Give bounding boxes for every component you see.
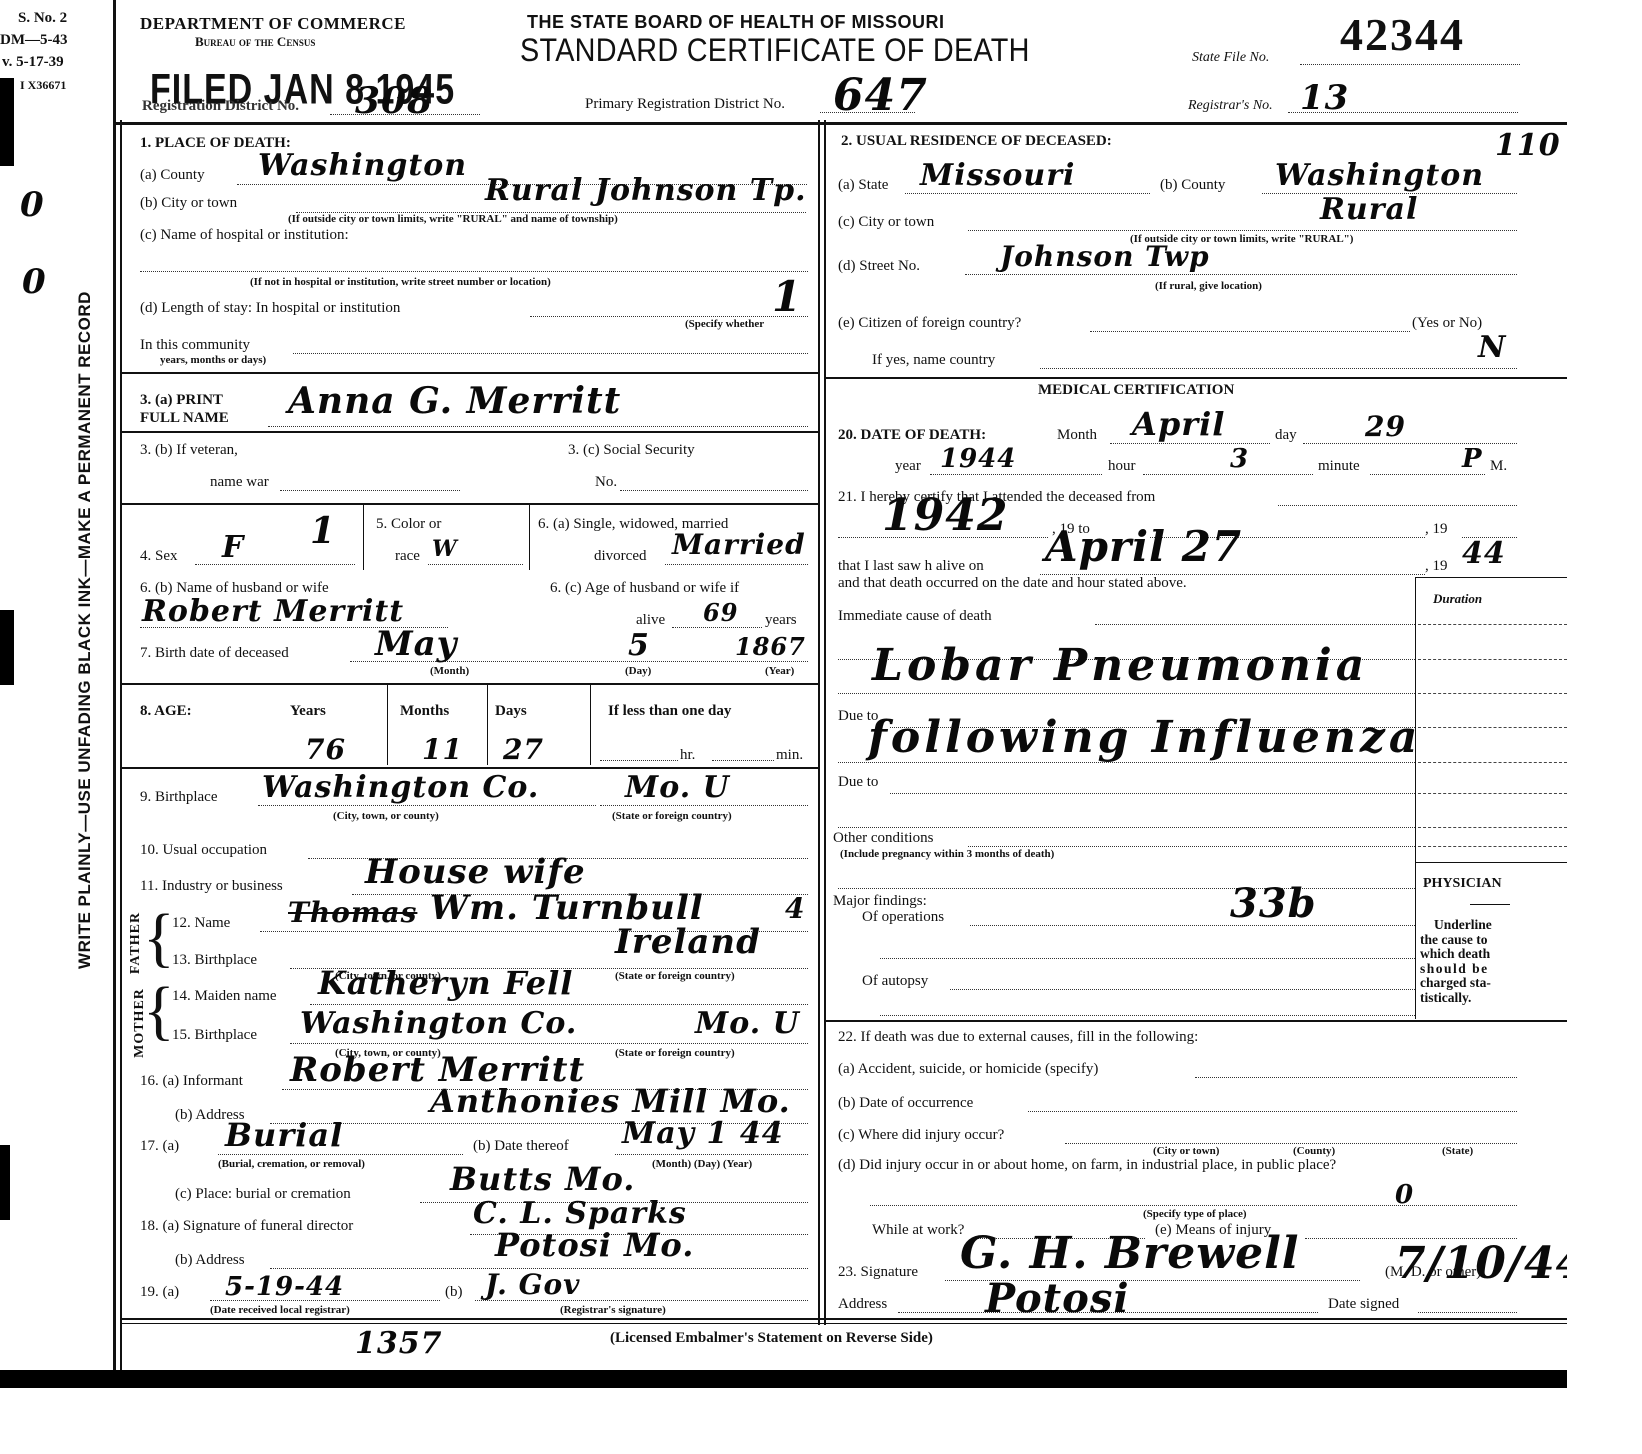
industry-value[interactable]: House wife <box>365 852 586 892</box>
street-label: (d) Street No. <box>838 258 920 275</box>
death-ampm-value[interactable]: P <box>1462 444 1483 474</box>
sig-address-value: Potosi <box>985 1275 1130 1322</box>
hr-label: hr. <box>680 747 695 764</box>
citizen-label: (e) Citizen of foreign country? <box>838 315 1021 332</box>
form-border-left <box>113 0 116 1370</box>
due-to-2-line <box>890 793 1415 794</box>
duration-label: Duration <box>1433 591 1482 607</box>
age-col-divider <box>590 685 591 765</box>
stay-label: (d) Length of stay: In hospital or insti… <box>140 300 400 317</box>
received-hint: (Date received local registrar) <box>210 1304 350 1316</box>
age-months-header: Months <box>400 703 449 720</box>
birthplace-state-line <box>600 805 808 806</box>
duration-line <box>1418 762 1567 763</box>
section-heading: 2. USUAL RESIDENCE OF DECEASED: <box>841 133 1112 150</box>
birth-month-value[interactable]: May <box>375 624 457 664</box>
father-birthplace-label: 13. Birthplace <box>172 952 257 969</box>
stay-value[interactable]: 1 <box>772 272 802 321</box>
sex-value[interactable]: F <box>222 530 244 565</box>
spouse-age-label: 6. (c) Age of husband or wife if <box>550 580 739 597</box>
edge-mark-mid <box>0 610 14 685</box>
race-label-2: race <box>395 548 420 565</box>
other-conditions-hint: (Include pregnancy within 3 months of de… <box>840 848 1054 860</box>
form-code-1: S. No. 2 <box>18 10 67 27</box>
section-rule <box>120 683 818 685</box>
ss-no-label: No. <box>595 474 617 491</box>
physician-signature: G. H. Brewell <box>960 1228 1300 1279</box>
duration-line <box>1418 793 1567 794</box>
last-seen-year-prefix: , 19 <box>1425 558 1448 575</box>
mother-name-value[interactable]: Katheryn Fell <box>318 964 573 1002</box>
footer-number: 1357 <box>355 1326 443 1361</box>
accident-line <box>1195 1077 1517 1078</box>
primary-district-label: Primary Registration District No. <box>585 96 785 113</box>
form-code-2: DM—5-43 <box>0 32 68 49</box>
father-birthplace-value[interactable]: Ireland <box>615 922 761 962</box>
ss-no-line <box>620 490 808 491</box>
state-file-number: 42344 <box>1340 8 1465 61</box>
spouse-age-unit: years <box>765 612 797 629</box>
registrar-sig-label: (b) <box>445 1284 463 1301</box>
bureau-label: Bureau of the Census <box>195 34 315 50</box>
cause-line <box>838 693 1415 694</box>
country-label: If yes, name country <box>872 352 995 369</box>
duration-line <box>1418 846 1567 847</box>
last-seen-label: that I last saw h alive on <box>838 558 984 575</box>
disposition-value[interactable]: Burial <box>225 1116 343 1154</box>
marital-value[interactable]: Married <box>672 528 806 561</box>
hr-line <box>600 760 678 761</box>
occurrence-date-line <box>1028 1111 1517 1112</box>
occupation-label: 10. Usual occupation <box>140 842 267 859</box>
edge-mark-low <box>0 1145 10 1220</box>
cause-line <box>838 762 1415 763</box>
immediate-cause-value[interactable]: Lobar Pneumonia <box>872 640 1368 691</box>
age-days-value[interactable]: 27 <box>503 733 544 766</box>
margin-annotation: 0 <box>20 185 45 225</box>
city-hint: (City, town, or county) <box>333 810 439 822</box>
cause-line <box>838 827 1415 828</box>
scan-bottom-edge <box>0 1370 1567 1388</box>
birth-date-label: 7. Birth date of deceased <box>140 645 289 662</box>
section-rule <box>824 1020 1567 1022</box>
edge-mark-top <box>0 78 14 166</box>
burial-date-value[interactable]: May 1 44 <box>622 1116 784 1151</box>
spouse-age-line <box>672 627 762 628</box>
attended-line <box>1278 505 1517 506</box>
section-rule <box>120 767 818 769</box>
autopsy-line-2 <box>880 1015 1415 1016</box>
mother-name-line <box>310 1004 808 1005</box>
form-code-4: I X36671 <box>20 78 66 93</box>
hour-label: hour <box>1108 458 1136 475</box>
mother-brace: { <box>143 978 175 1044</box>
disposition-hint: (Burial, cremation, or removal) <box>218 1158 365 1170</box>
country-line <box>1040 368 1517 369</box>
sex-line <box>195 564 355 565</box>
home-line <box>870 1205 1517 1206</box>
father-name-label: 12. Name <box>172 915 230 932</box>
age-months-value[interactable]: 11 <box>422 733 463 766</box>
external-heading: 22. If death was due to external causes,… <box>838 1029 1198 1046</box>
physician-heading: PHYSICIAN <box>1423 876 1502 892</box>
race-value[interactable]: W <box>432 536 458 562</box>
burial-date-label: (b) Date thereof <box>473 1138 569 1155</box>
header-rule <box>113 122 1567 125</box>
marital-label-2: divorced <box>594 548 646 565</box>
age-col-divider <box>387 685 388 765</box>
veteran-label: 3. (b) If veteran, <box>140 442 238 459</box>
day-line <box>1303 443 1517 444</box>
registration-district-label: Registration District No. <box>142 98 299 115</box>
citizen-value[interactable]: N <box>1478 330 1506 365</box>
year-label: year <box>895 458 921 475</box>
attended-from-value[interactable]: 1942 <box>882 490 1008 541</box>
vertical-instruction: WRITE PLAINLY—USE UNFADING BLACK INK—MAK… <box>75 150 95 1110</box>
sig-address-label: Address <box>838 1296 887 1313</box>
birthplace-city-line <box>258 805 596 806</box>
age-days-header: Days <box>495 703 527 720</box>
state-hint: (State or foreign country) <box>615 970 735 982</box>
occurred-label: and that death occurred on the date and … <box>838 575 1187 592</box>
received-value[interactable]: 5-19-44 <box>225 1272 344 1302</box>
mother-birthplace-state[interactable]: Mo. U <box>695 1006 800 1041</box>
spouse-value[interactable]: Robert Merritt <box>142 594 404 629</box>
city-value[interactable]: Rural Johnson Tp. <box>485 173 807 208</box>
age-less-header: If less than one day <box>608 703 731 720</box>
left-margin: S. No. 2 DM—5-43 v. 5-17-39 I X36671 0 0… <box>0 0 115 1388</box>
signature-label: 23. Signature <box>838 1264 918 1281</box>
hospital-line <box>140 271 808 272</box>
county-value[interactable]: Washington <box>258 148 467 183</box>
street-value[interactable]: Johnson Twp <box>1000 240 1210 273</box>
birth-year-value[interactable]: 1867 <box>735 632 806 661</box>
where-hint-state: (State) <box>1442 1145 1473 1157</box>
where-hint-city: (City or town) <box>1153 1145 1219 1157</box>
burial-place-label: (c) Place: burial or cremation <box>175 1186 351 1203</box>
sex-code: 1 <box>310 510 336 552</box>
mother-birthplace-city[interactable]: Washington Co. <box>300 1006 577 1041</box>
nineteen-label: , 19 <box>1425 521 1448 538</box>
director-label: 18. (a) Signature of funeral director <box>140 1218 353 1235</box>
state-file-label: State File No. <box>1192 50 1269 66</box>
hospital-label: (c) Name of hospital or institution: <box>140 227 349 244</box>
state-file-line <box>1300 64 1520 65</box>
burial-place-value[interactable]: Butts Mo. <box>450 1160 635 1198</box>
month-hint: (Month) <box>430 665 469 677</box>
full-name-value[interactable]: Anna G. Merritt <box>288 380 621 422</box>
m-suffix: M. <box>1490 458 1507 475</box>
death-hour-value[interactable]: 3 <box>1230 444 1249 474</box>
name-label-line1: 3. (a) PRINT <box>140 392 223 409</box>
duration-box-top <box>1415 577 1567 578</box>
operations-line <box>970 925 1415 926</box>
ss-label: 3. (c) Social Security <box>568 442 695 459</box>
res-city-value[interactable]: Rural <box>1320 192 1418 227</box>
burial-date-hint: (Month) (Day) (Year) <box>652 1158 752 1170</box>
war-label: name war <box>210 474 269 491</box>
where-hint-county: (County) <box>1293 1145 1335 1157</box>
mother-birthplace-label: 15. Birthplace <box>172 1027 257 1044</box>
state-label: (a) State <box>838 177 888 194</box>
birthplace-city-value[interactable]: Washington Co. <box>262 770 539 805</box>
date-signed-label: Date signed <box>1328 1296 1399 1313</box>
street-hint: (If rural, give location) <box>1155 280 1262 292</box>
due-to-2-label: Due to <box>838 774 878 791</box>
war-line <box>280 490 460 491</box>
autopsy-label: Of autopsy <box>862 973 928 990</box>
cause-line <box>1095 624 1415 625</box>
field-divider <box>363 505 364 570</box>
age-col-divider <box>487 685 488 765</box>
registrar-sig-hint: (Registrar's signature) <box>560 1304 666 1316</box>
last-seen-year-value[interactable]: 44 <box>1462 536 1506 571</box>
hospital-hint: (If not in hospital or institution, writ… <box>250 276 551 288</box>
stay-line <box>530 316 808 317</box>
city-hint: (If outside city or town limits, write "… <box>288 213 618 225</box>
operations-label: Of operations <box>862 909 944 926</box>
minute-label: minute <box>1318 458 1360 475</box>
physician-box-top <box>1415 862 1567 863</box>
year-line <box>930 474 1102 475</box>
bottom-rule-inner <box>120 1323 1567 1324</box>
primary-district-number: 647 <box>833 70 928 121</box>
director-address-label: (b) Address <box>175 1252 245 1269</box>
year-hint: (Year) <box>765 665 794 677</box>
month-label: Month <box>1057 427 1097 444</box>
registrar-signature: J. Gov <box>485 1268 580 1301</box>
section-rule <box>120 503 818 505</box>
spouse-age-value[interactable]: 69 <box>703 598 738 627</box>
work-label: While at work? <box>872 1222 964 1239</box>
form-border-left-inner <box>120 120 122 1370</box>
occurrence-date-label: (b) Date of occurrence <box>838 1095 973 1112</box>
disposition-line <box>218 1154 463 1155</box>
birthplace-state-value[interactable]: Mo. U <box>625 770 730 805</box>
date-signed-value: 7/10/44 <box>1395 1238 1567 1289</box>
registrar-number: 13 <box>1300 78 1349 118</box>
physician-note: Underline the cause to which death shoul… <box>1420 918 1492 1005</box>
form-code-3: v. 5-17-39 <box>2 54 64 71</box>
footer-note: (Licensed Embalmer's Statement on Revers… <box>610 1330 933 1347</box>
res-county-value[interactable]: Washington <box>1275 158 1484 193</box>
informant-label: 16. (a) Informant <box>140 1073 243 1090</box>
registrar-label: Registrar's No. <box>1188 98 1273 114</box>
marital-line <box>665 564 808 565</box>
cause-code: 33b <box>1230 880 1317 927</box>
department-label: DEPARTMENT OF COMMERCE <box>140 14 406 34</box>
margin-annotation: 0 <box>22 262 47 302</box>
medical-heading: MEDICAL CERTIFICATION <box>1038 382 1234 399</box>
page-title: STANDARD CERTIFICATE OF DEATH <box>520 32 1030 69</box>
due-to-value[interactable]: following Influenza <box>868 712 1421 763</box>
death-year-value[interactable]: 1944 <box>940 444 1016 474</box>
father-side-label: FATHER <box>128 912 144 974</box>
min-label: min. <box>776 747 803 764</box>
date-of-death-label: 20. DATE OF DEATH: <box>838 427 986 444</box>
spouse-age-alive: alive <box>636 612 665 629</box>
birthplace-label: 9. Birthplace <box>140 789 217 806</box>
date-signed-line <box>1418 1312 1517 1313</box>
bottom-rule <box>120 1318 1567 1320</box>
disposition-label: 17. (a) <box>140 1138 179 1155</box>
death-month-value[interactable]: April <box>1132 405 1225 443</box>
home-hint: (Specify type of place) <box>1143 1208 1247 1220</box>
other-conditions-line <box>968 846 1415 847</box>
informant-address-value[interactable]: Anthonies Mill Mo. <box>430 1082 791 1120</box>
accident-label: (a) Accident, suicide, or homicide (spec… <box>838 1061 1098 1078</box>
day-hint: (Day) <box>625 665 651 677</box>
race-line <box>428 564 523 565</box>
race-label-1: 5. Color or <box>376 516 441 533</box>
industry-label: 11. Industry or business <box>140 878 283 895</box>
day-label: day <box>1275 427 1297 444</box>
section-rule <box>120 372 818 374</box>
duration-line <box>1418 827 1567 828</box>
injury-where-line <box>1065 1143 1517 1144</box>
injury-where-label: (c) Where did injury occur? <box>838 1127 1004 1144</box>
received-label: 19. (a) <box>140 1284 179 1301</box>
community-hint: years, months or days) <box>160 354 266 366</box>
home-value[interactable]: 0 <box>1395 1180 1414 1210</box>
state-hint: (State or foreign country) <box>612 810 732 822</box>
duration-box-left <box>1415 577 1416 1019</box>
section-rule <box>824 377 1567 379</box>
city-label: (b) City or town <box>140 195 237 212</box>
res-county-label: (b) County <box>1160 177 1225 194</box>
minute-line <box>1370 474 1485 475</box>
min-line <box>712 760 774 761</box>
immediate-cause-label: Immediate cause of death <box>838 608 992 625</box>
home-label: (d) Did injury occur in or about home, o… <box>838 1157 1336 1174</box>
column-divider <box>818 120 820 1325</box>
community-line <box>293 353 808 354</box>
birth-day-value[interactable]: 5 <box>628 628 650 663</box>
sex-label: 4. Sex <box>140 548 178 565</box>
board-label: THE STATE BOARD OF HEALTH OF MISSOURI <box>527 12 945 33</box>
state-value[interactable]: Missouri <box>920 158 1075 193</box>
name-label-line2: FULL NAME <box>140 410 229 427</box>
findings-label: Major findings: <box>833 893 927 910</box>
death-day-value[interactable]: 29 <box>1365 410 1406 443</box>
column-divider-inner <box>824 120 826 1325</box>
other-conditions-label: Other conditions <box>833 830 933 847</box>
age-years-value[interactable]: 76 <box>305 733 346 766</box>
citizen-hint: (Yes or No) <box>1412 315 1482 332</box>
registration-district-number: 308 <box>355 80 433 122</box>
last-seen-value[interactable]: April 27 <box>1045 522 1242 571</box>
father-brace: { <box>143 905 175 971</box>
section-rule <box>120 431 818 433</box>
autopsy-line <box>950 989 1415 990</box>
state-hint: (State or foreign country) <box>615 1047 735 1059</box>
citizen-line <box>1090 331 1410 332</box>
findings-line <box>838 888 1415 889</box>
age-years-header: Years <box>290 703 326 720</box>
operations-line-2 <box>880 958 1415 959</box>
duration-line <box>1418 727 1567 728</box>
specify-hint: (Specify whether <box>685 318 764 330</box>
duration-line <box>1418 659 1567 660</box>
res-city-line <box>968 230 1517 231</box>
name-line <box>268 426 808 427</box>
mother-name-label: 14. Maiden name <box>172 988 277 1005</box>
father-name-struck: Thomas <box>288 896 417 929</box>
father-code: 4 <box>785 892 805 925</box>
state-line <box>905 193 1150 194</box>
county-label: (a) County <box>140 167 205 184</box>
res-city-label: (c) City or town <box>838 214 934 231</box>
duration-line <box>1418 693 1567 694</box>
age-label: 8. AGE: <box>140 703 192 720</box>
burial-date-line <box>615 1154 808 1155</box>
street-line <box>965 274 1517 275</box>
director-address-value[interactable]: Potosi Mo. <box>495 1226 694 1264</box>
mother-birthplace-line <box>290 1043 808 1044</box>
community-label: In this community <box>140 337 250 354</box>
margin-mark: 110 <box>1495 128 1561 163</box>
physician-rule <box>1470 904 1510 905</box>
field-divider <box>529 505 530 570</box>
hour-line <box>1143 474 1313 475</box>
duration-line <box>1418 624 1567 625</box>
